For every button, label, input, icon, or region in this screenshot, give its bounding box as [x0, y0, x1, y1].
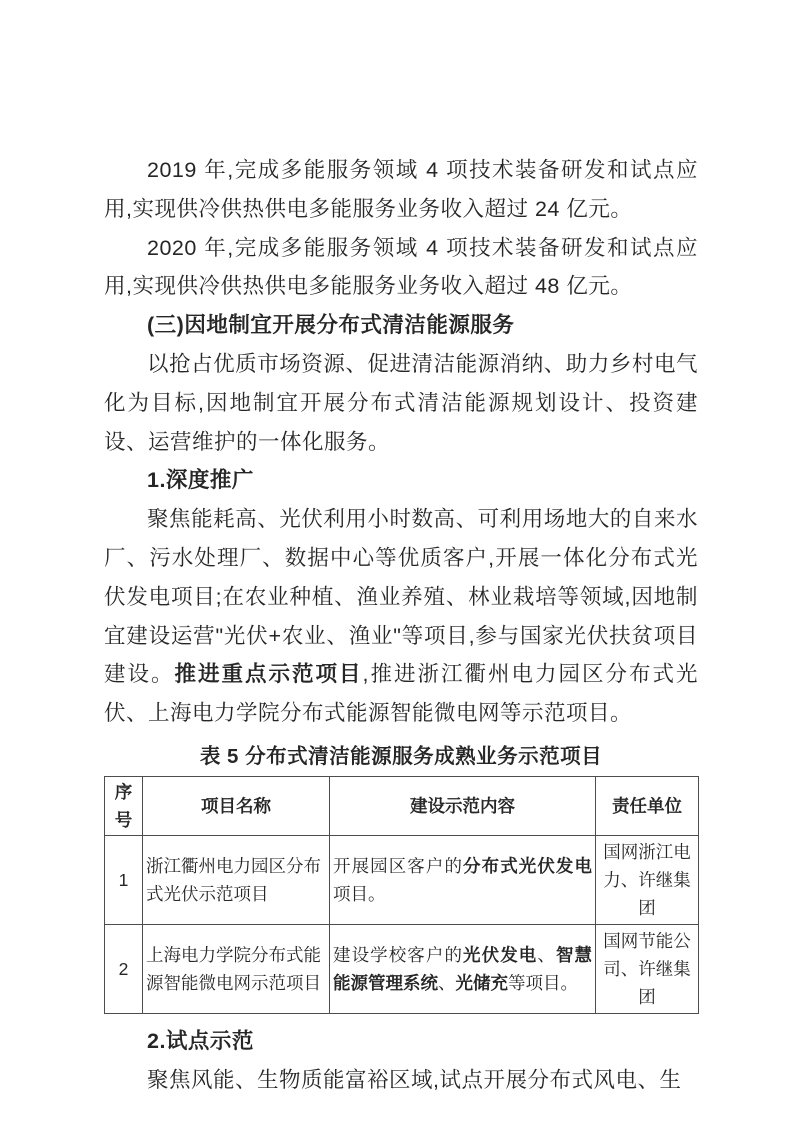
table-row: 1 浙江衢州电力园区分布式光伏示范项目 开展园区客户的分布式光伏发电项目。 国网…	[105, 835, 699, 924]
subheading-pilot-demo: 2.试点示范	[104, 1022, 698, 1061]
col-header-project-name: 项目名称	[143, 776, 330, 835]
table5-title: 表 5 分布式清洁能源服务成熟业务示范项目	[104, 740, 698, 773]
paragraph-2019-target: 2019 年,完成多能服务领域 4 项技术装备研发和试点应用,实现供冷供热供电多…	[104, 151, 698, 229]
row2-project-name: 上海电力学院分布式能源智能微电网示范项目	[143, 924, 330, 1013]
col-header-content: 建设示范内容	[330, 776, 596, 835]
table5-demo-projects: 序号 项目名称 建设示范内容 责任单位 1 浙江衢州电力园区分布式光伏示范项目 …	[104, 776, 699, 1014]
table-row: 2 上海电力学院分布式能源智能微电网示范项目 建设学校客户的光伏发电、智慧能源管…	[105, 924, 699, 1013]
row1-project-name: 浙江衢州电力园区分布式光伏示范项目	[143, 835, 330, 924]
row2-number: 2	[105, 924, 143, 1013]
paragraph-goal: 以抢占优质市场资源、促进清洁能源消纳、助力乡村电气化为目标,因地制宜开展分布式清…	[104, 345, 698, 461]
subheading-deep-promotion: 1.深度推广	[104, 461, 698, 500]
row1-unit: 国网浙江电力、许继集团	[596, 835, 699, 924]
paragraph-deep-promotion: 聚焦能耗高、光伏利用小时数高、可利用场地大的自来水厂、污水处理厂、数据中心等优质…	[104, 500, 698, 733]
row2-content: 建设学校客户的光伏发电、智慧能源管理系统、光储充等项目。	[330, 924, 596, 1013]
document-page: 2019 年,完成多能服务领域 4 项技术装备研发和试点应用,实现供冷供热供电多…	[0, 0, 800, 1132]
row2-unit: 国网节能公司、许继集团	[596, 924, 699, 1013]
row1-number: 1	[105, 835, 143, 924]
paragraph-2020-target: 2020 年,完成多能服务领域 4 项技术装备研发和试点应用,实现供冷供热供电多…	[104, 229, 698, 307]
table-header-row: 序号 项目名称 建设示范内容 责任单位	[105, 776, 699, 835]
section-heading-3: (三)因地制宜开展分布式清洁能源服务	[104, 306, 698, 345]
col-header-number: 序号	[105, 776, 143, 835]
col-header-unit: 责任单位	[596, 776, 699, 835]
paragraph-pilot: 聚焦风能、生物质能富裕区域,试点开展分布式风电、生	[104, 1061, 698, 1100]
row1-content: 开展园区客户的分布式光伏发电项目。	[330, 835, 596, 924]
